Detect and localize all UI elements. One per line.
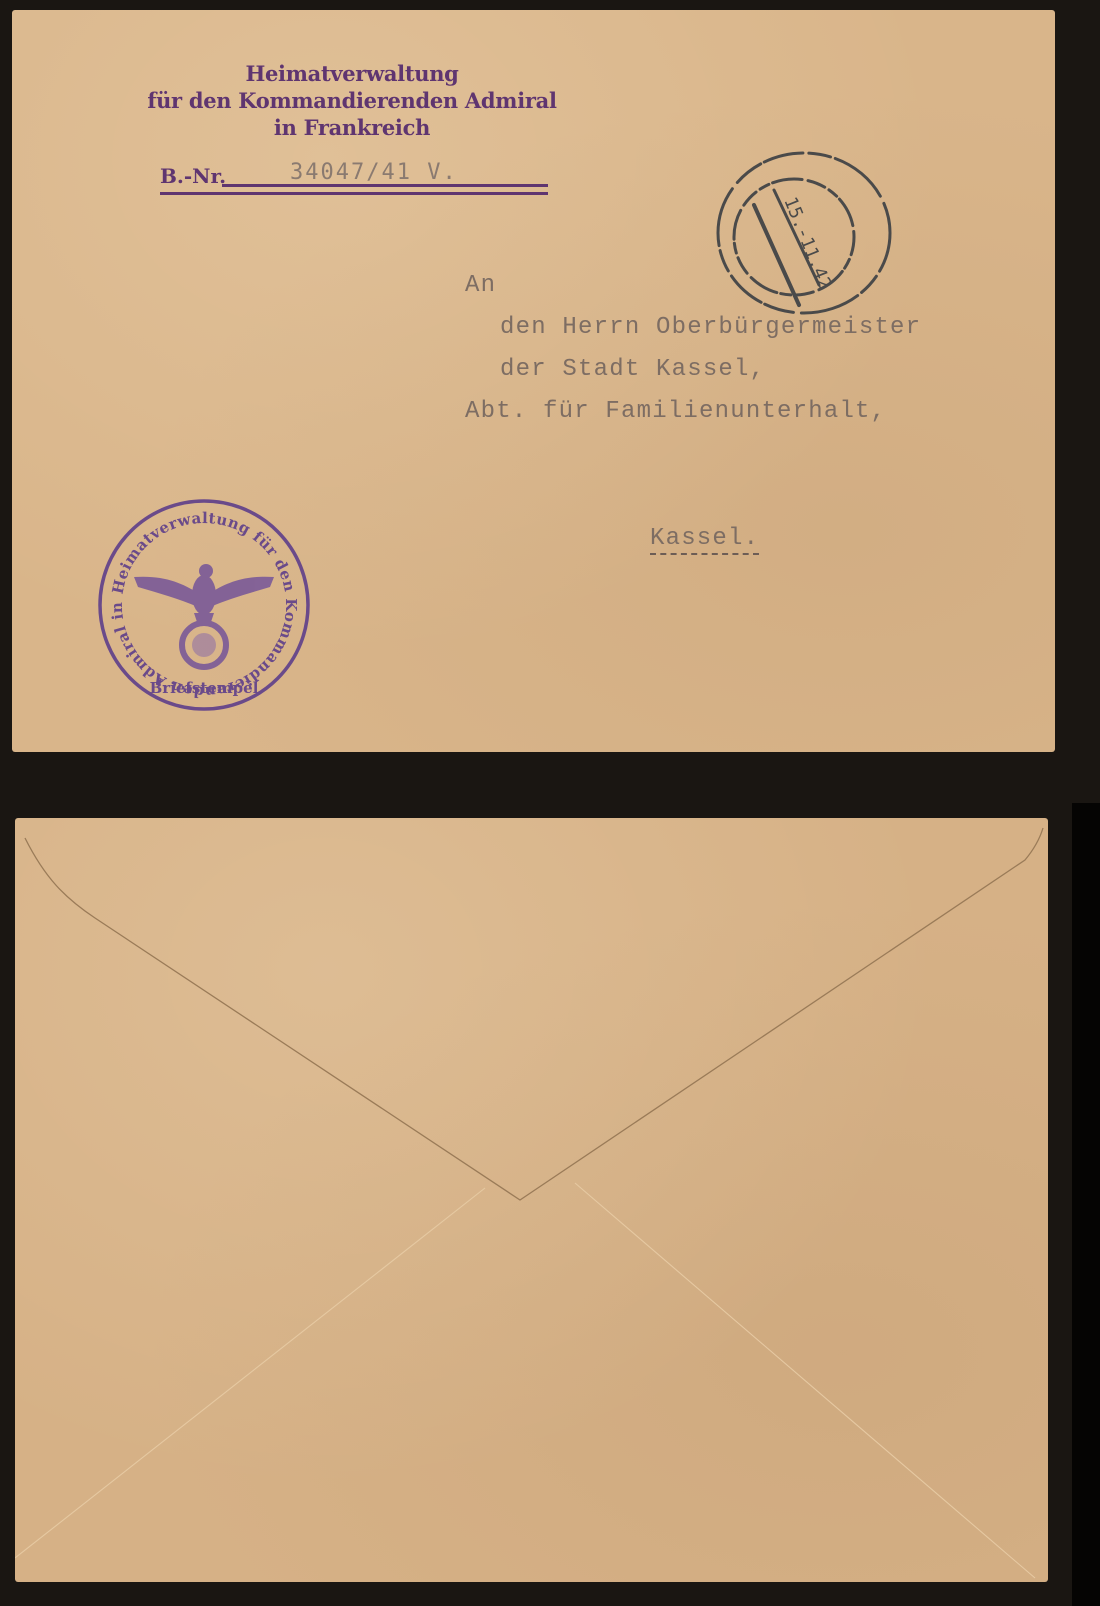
address-salutation: An <box>465 272 496 299</box>
return-line-1: Heimatverwaltung <box>142 60 562 87</box>
envelope-back <box>15 818 1048 1582</box>
return-line-2: für den Kommandierenden Admiral <box>142 87 562 114</box>
reference-number: 34047/41 V. <box>290 160 458 185</box>
address-line-3: Abt. für Familienunterhalt, <box>465 398 886 425</box>
svg-text:Briefstempel: Briefstempel <box>150 679 259 697</box>
address-line-1: den Herrn Oberbürgermeister <box>500 314 921 341</box>
background-edge <box>1072 803 1100 1606</box>
return-line-3: in Frankreich <box>142 114 562 141</box>
reference-strike-line <box>222 184 548 187</box>
reference-label: B.-Nr. <box>160 164 226 188</box>
postmark-cancellation: 15.-11.42 <box>704 145 899 315</box>
reference-underline <box>160 192 548 195</box>
reference-number-field: B.-Nr. 34047/41 V. <box>160 162 550 194</box>
flap-fold-lines <box>15 818 1048 1582</box>
return-address-stamp: Heimatverwaltung für den Kommandierenden… <box>142 60 562 141</box>
eagle-emblem-icon <box>134 564 274 667</box>
svg-text:✦: ✦ <box>156 677 164 688</box>
address-line-2: der Stadt Kassel, <box>500 356 765 383</box>
postmark-icon: 15.-11.42 <box>704 145 899 315</box>
address-city: Kassel. <box>650 525 759 555</box>
envelope-front: Heimatverwaltung für den Kommandierenden… <box>12 10 1055 752</box>
svg-text:✦: ✦ <box>244 677 252 688</box>
official-seal: Heimatverwaltung für den Kommandierenden… <box>94 495 314 715</box>
